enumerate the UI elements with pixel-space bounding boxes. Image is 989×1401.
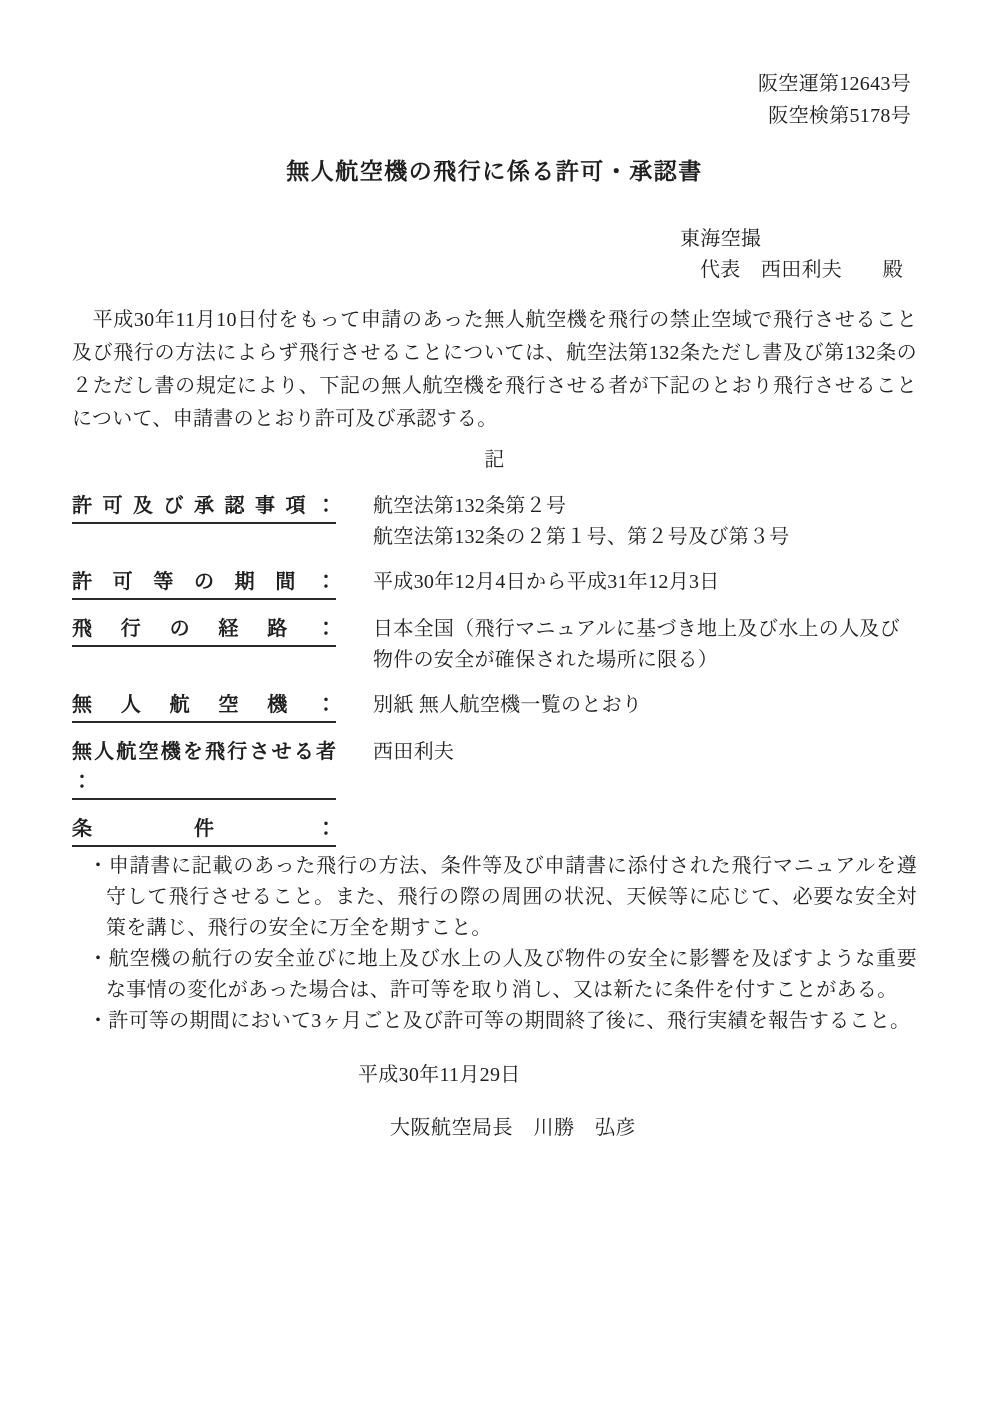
item-label-flight-route: 飛 行 の 経 路 ： xyxy=(72,614,336,647)
item-row-operator: 無人航空機を飛行させる者 ： 西田利夫 xyxy=(72,737,917,800)
item-row-conditions: 条 件 ： xyxy=(72,814,917,847)
item-row-uav: 無 人 航 空 機 ： 別紙 無人航空機一覧のとおり xyxy=(72,690,917,723)
document-numbers: 阪空運第12643号 阪空検第5178号 xyxy=(72,68,917,132)
item-value-uav: 別紙 無人航空機一覧のとおり xyxy=(373,690,917,721)
condition-item: ・許可等の期間において3ヶ月ごと及び許可等の期間終了後に、飛行実績を報告すること… xyxy=(88,1006,917,1037)
issuer-signature: 大阪航空局長 川勝 弘彦 xyxy=(390,1112,917,1145)
item-value-permit-period: 平成30年12月4日から平成31年12月3日 xyxy=(373,567,917,598)
document-number-unyo: 阪空運第12643号 xyxy=(72,68,911,100)
body-paragraph: 平成30年11月10日付をもって申請のあった無人航空機を飛行の禁止空域で飛行させ… xyxy=(72,304,917,436)
item-row-flight-route: 飛 行 の 経 路 ： 日本全国（飛行マニュアルに基づき地上及び水上の人及び物件… xyxy=(72,614,917,676)
addressee-block: 東海空撮 代表 西田利夫 殿 xyxy=(680,224,917,286)
item-value-operator: 西田利夫 xyxy=(373,737,917,768)
permit-items: 許 可 及 び 承 認 事 項 ： 航空法第132条第２号 航空法第132条の２… xyxy=(72,491,917,847)
addressee-org: 東海空撮 xyxy=(680,224,917,255)
permit-document-page: 阪空運第12643号 阪空検第5178号 無人航空機の飛行に係る許可・承認書 東… xyxy=(0,0,989,1401)
conditions-list: ・申請書に記載のあった飛行の方法、条件等及び申請書に添付された飛行マニュアルを遵… xyxy=(72,851,917,1037)
item-label-uav: 無 人 航 空 機 ： xyxy=(72,690,336,723)
addressee-representative: 代表 西田利夫 殿 xyxy=(700,255,917,286)
item-value-approval-matters: 航空法第132条第２号 航空法第132条の２第１号、第２号及び第３号 xyxy=(373,491,917,553)
item-label-approval-matters: 許 可 及 び 承 認 事 項 ： xyxy=(72,491,336,524)
condition-item: ・申請書に記載のあった飛行の方法、条件等及び申請書に添付された飛行マニュアルを遵… xyxy=(88,851,917,944)
item-value-flight-route: 日本全国（飛行マニュアルに基づき地上及び水上の人及び物件の安全が確保された場所に… xyxy=(373,614,917,676)
item-row-permit-period: 許 可 等 の 期 間 ： 平成30年12月4日から平成31年12月3日 xyxy=(72,567,917,600)
section-marker: 記 xyxy=(72,444,917,477)
item-label-conditions: 条 件 ： xyxy=(72,814,336,847)
document-number-ken: 阪空検第5178号 xyxy=(72,100,911,132)
item-label-permit-period: 許 可 等 の 期 間 ： xyxy=(72,567,336,600)
item-row-approval-matters: 許 可 及 び 承 認 事 項 ： 航空法第132条第２号 航空法第132条の２… xyxy=(72,491,917,553)
issue-date: 平成30年11月29日 xyxy=(358,1059,917,1092)
document-title: 無人航空機の飛行に係る許可・承認書 xyxy=(72,153,917,186)
condition-item: ・航空機の航行の安全並びに地上及び水上の人及び物件の安全に影響を及ぼすような重要… xyxy=(88,944,917,1006)
item-label-operator: 無人航空機を飛行させる者 ： xyxy=(72,737,336,800)
